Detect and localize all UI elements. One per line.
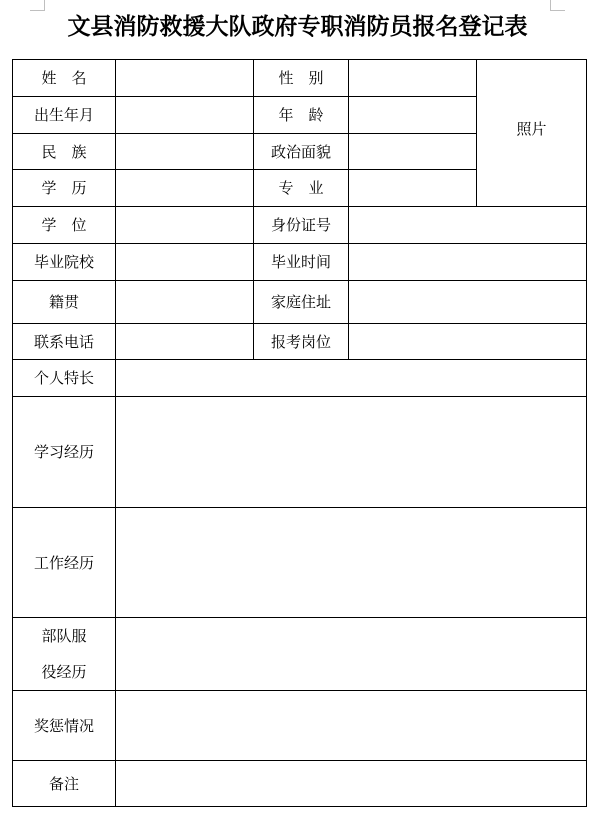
label-military-history-line2: 役经历 [41, 654, 86, 690]
label-major: 专 业 [254, 170, 348, 206]
label-ethnicity: 民 族 [13, 134, 115, 169]
native-place-field[interactable] [116, 281, 253, 323]
label-gender: 性 别 [254, 60, 348, 96]
study-history-field[interactable] [116, 397, 586, 507]
photo-label: 照片 [516, 120, 546, 138]
registration-form-table: 姓 名 性 别 照片 出生年月 年 龄 民 族 政治面貌 学 历 专 业 学 位… [0, 0, 595, 814]
label-position: 报考岗位 [254, 324, 348, 360]
label-id-number: 身份证号 [254, 207, 348, 243]
work-history-field[interactable] [116, 508, 586, 617]
military-history-field[interactable] [116, 618, 586, 690]
photo-area[interactable]: 照片 [477, 60, 586, 206]
graduation-time-field[interactable] [349, 244, 586, 280]
degree-field[interactable] [116, 207, 253, 243]
label-birth-date: 出生年月 [13, 97, 115, 133]
label-remarks: 备注 [13, 761, 115, 806]
label-specialty: 个人特长 [13, 360, 115, 396]
label-military-history: 部队服 役经历 [13, 618, 115, 690]
name-field[interactable] [116, 60, 253, 96]
position-field[interactable] [349, 324, 586, 360]
specialty-field[interactable] [116, 360, 586, 396]
label-work-history: 工作经历 [13, 508, 115, 617]
label-study-history: 学习经历 [13, 397, 115, 507]
birth-date-field[interactable] [116, 97, 253, 133]
id-number-field[interactable] [349, 207, 586, 243]
label-age: 年 龄 [254, 97, 348, 133]
table-border-bottom [12, 806, 587, 807]
label-degree: 学 位 [13, 207, 115, 243]
label-military-history-line1: 部队服 [41, 618, 86, 654]
phone-field[interactable] [116, 324, 253, 360]
label-native-place: 籍贯 [13, 281, 115, 323]
school-field[interactable] [116, 244, 253, 280]
rewards-punishments-field[interactable] [116, 691, 586, 760]
label-home-address: 家庭住址 [254, 281, 348, 323]
gender-field[interactable] [349, 60, 476, 96]
label-school: 毕业院校 [13, 244, 115, 280]
remarks-field[interactable] [116, 761, 586, 806]
label-political-status: 政治面貌 [254, 134, 348, 169]
education-field[interactable] [116, 170, 253, 206]
political-status-field[interactable] [349, 134, 476, 169]
ethnicity-field[interactable] [116, 134, 253, 169]
major-field[interactable] [349, 170, 476, 206]
label-phone: 联系电话 [13, 324, 115, 360]
label-graduation-time: 毕业时间 [254, 244, 348, 280]
label-name: 姓 名 [13, 60, 115, 96]
age-field[interactable] [349, 97, 476, 133]
label-education: 学 历 [13, 170, 115, 206]
table-border-right [586, 59, 587, 807]
label-rewards-punishments: 奖惩情况 [13, 691, 115, 760]
home-address-field[interactable] [349, 281, 586, 323]
